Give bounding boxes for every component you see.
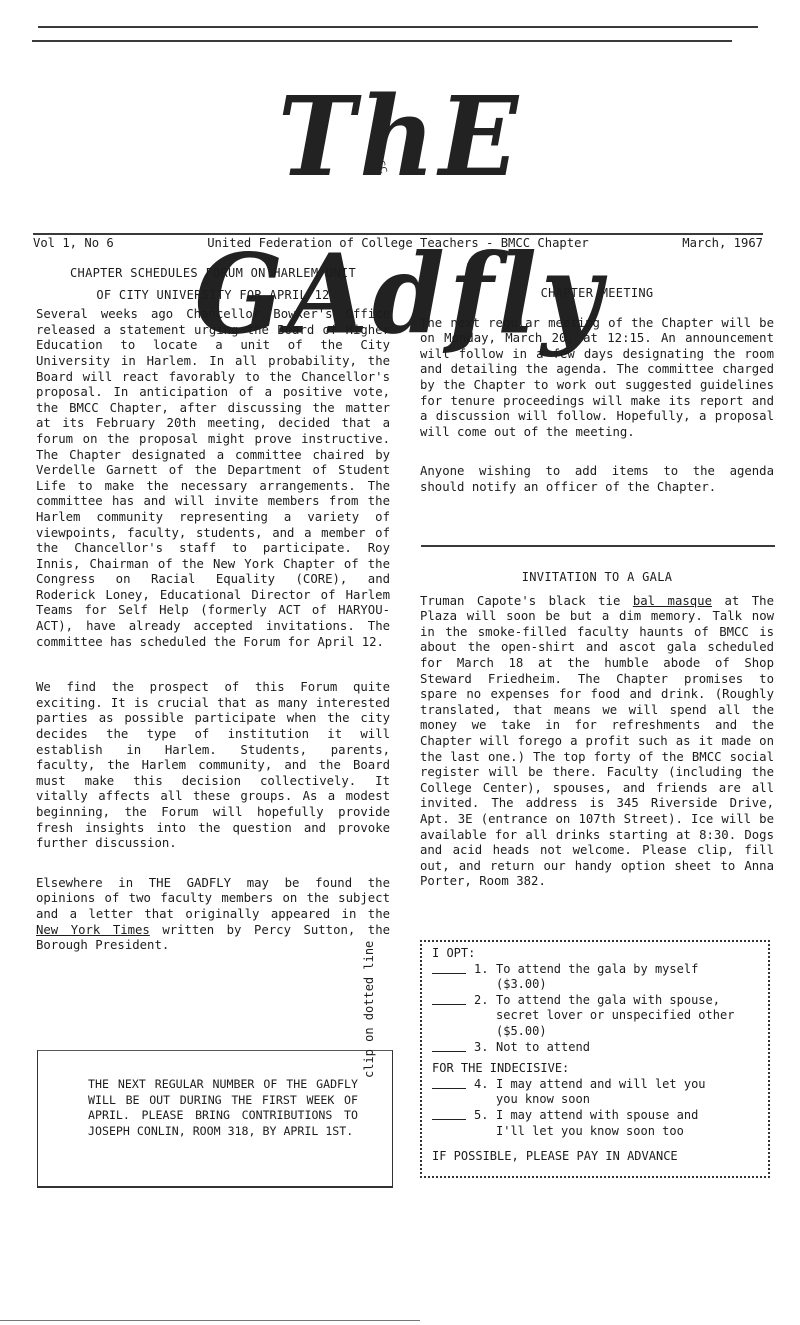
forum-closing-text-before: Elsewhere in THE GADFLY may be found the…: [36, 876, 390, 921]
gala-headline: INVITATION TO A GALA: [420, 570, 774, 586]
option-2-sub: secret lover or unspecified other ($5.00…: [432, 1008, 760, 1039]
option-1-number: 1.: [474, 962, 496, 978]
option-3-blank[interactable]: [432, 1040, 466, 1052]
section-divider: [421, 545, 775, 547]
option-5-blank[interactable]: [432, 1108, 466, 1120]
new-york-times-reference: New York Times: [36, 923, 150, 937]
gala-paragraph: Truman Capote's black tie bal masque at …: [420, 594, 774, 890]
notice-box: THE NEXT REGULAR NUMBER OF THE GADFLY WI…: [37, 1050, 393, 1188]
option-1-sub: ($3.00): [432, 977, 760, 993]
option-1-blank[interactable]: [432, 962, 466, 974]
forum-closing-paragraph: Elsewhere in THE GADFLY may be found the…: [36, 876, 390, 954]
option-4-sub: you know soon: [432, 1092, 760, 1108]
gala-article: INVITATION TO A GALA Truman Capote's bla…: [420, 570, 774, 890]
option-5-sub: I'll let you know soon too: [432, 1124, 760, 1140]
option-4-blank[interactable]: [432, 1077, 466, 1089]
option-4[interactable]: 4. I may attend and will let you: [432, 1077, 760, 1093]
notice-text: THE NEXT REGULAR NUMBER OF THE GADFLY WI…: [88, 1077, 358, 1139]
gala-body-text: at The Plaza will soon be but a dim memo…: [420, 594, 774, 889]
issue-rule: [33, 233, 763, 235]
issue-line: Vol 1, No 6 United Federation of College…: [33, 236, 763, 250]
option-coupon: I OPT: 1. To attend the gala by myself (…: [420, 940, 770, 1178]
coupon-footer: IF POSSIBLE, PLEASE PAY IN ADVANCE: [432, 1149, 760, 1165]
option-2-number: 2.: [474, 993, 496, 1009]
option-3-number: 3.: [474, 1040, 496, 1056]
option-1-text: To attend the gala by myself: [496, 962, 760, 978]
option-3-text: Not to attend: [496, 1040, 760, 1056]
option-2-text: To attend the gala with spouse,: [496, 993, 760, 1009]
forum-article: CHAPTER SCHEDULES FORUM ON HARLEM UNIT O…: [36, 266, 390, 954]
chapter-meeting-paragraph-2: Anyone wishing to add items to the agend…: [420, 464, 774, 495]
forum-paragraph-2: We find the prospect of this Forum quite…: [36, 680, 390, 852]
clip-on-dotted-line-label: clip on dotted line: [362, 938, 376, 1078]
forum-headline-line1: CHAPTER SCHEDULES FORUM ON HARLEM UNIT: [36, 266, 390, 282]
gala-intro-text: Truman Capote's black tie: [420, 594, 633, 608]
masthead-title: ThE GAdfly BMCC: [80, 58, 720, 216]
option-5[interactable]: 5. I may attend with spouse and: [432, 1108, 760, 1124]
bal-masque-emphasis: bal masque: [633, 594, 712, 608]
forum-paragraph-1: Several weeks ago Chancellor Bowker's Of…: [36, 307, 390, 650]
chapter-meeting-paragraph-1: The next regular meeting of the Chapter …: [420, 316, 774, 441]
option-3[interactable]: 3. Not to attend: [432, 1040, 760, 1056]
top-rule-1: [38, 26, 758, 28]
issue-date: March, 1967: [682, 236, 763, 250]
option-5-number: 5.: [474, 1108, 496, 1124]
chapter-meeting-article: CHAPTER MEETING The next regular meeting…: [420, 286, 774, 496]
option-1[interactable]: 1. To attend the gala by myself: [432, 962, 760, 978]
bottom-rule: [0, 1320, 420, 1321]
forum-headline-line2: OF CITY UNIVERSITY FOR APRIL 12: [36, 288, 390, 304]
option-4-number: 4.: [474, 1077, 496, 1093]
issue-volume: Vol 1, No 6: [33, 236, 114, 250]
option-2[interactable]: 2. To attend the gala with spouse,: [432, 993, 760, 1009]
top-rule-2: [32, 40, 732, 42]
option-2-blank[interactable]: [432, 993, 466, 1005]
option-4-text: I may attend and will let you: [496, 1077, 760, 1093]
option-5-text: I may attend with spouse and: [496, 1108, 760, 1124]
issue-organization: United Federation of College Teachers - …: [207, 236, 589, 250]
indecisive-heading: FOR THE INDECISIVE:: [432, 1061, 760, 1077]
coupon-heading: I OPT:: [432, 946, 760, 962]
chapter-meeting-headline: CHAPTER MEETING: [420, 286, 774, 302]
